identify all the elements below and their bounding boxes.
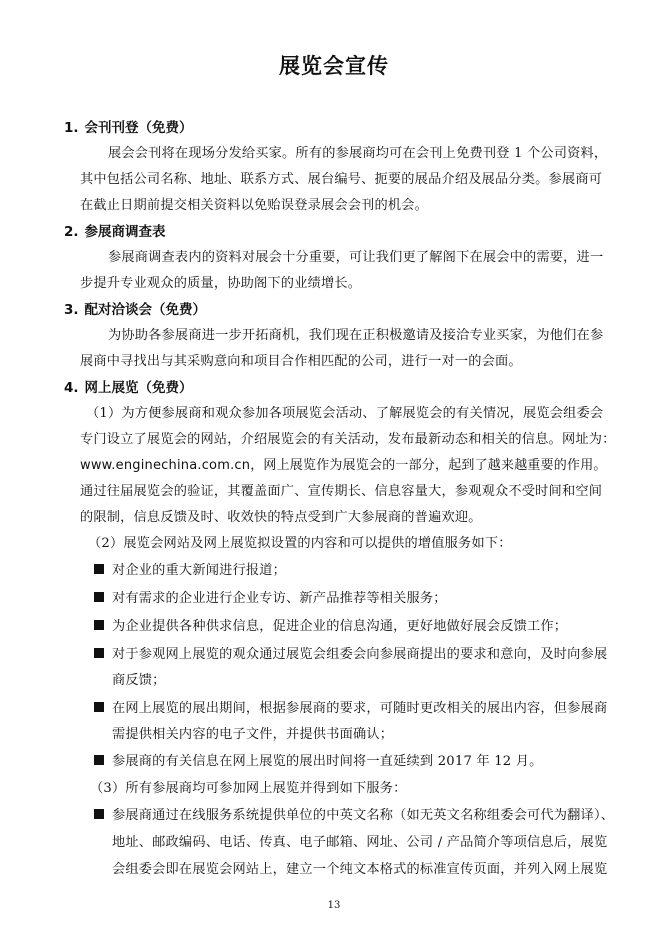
- section-1-heading: 1.会刊刊登（免费）: [64, 116, 193, 136]
- bullet-item: 对有需求的企业进行企业专访、新产品推荐等相关服务；: [112, 587, 447, 606]
- subsection-intro: （2）展览会网站及网上展览拟设置的内容和可以提供的增值服务如下：: [88, 532, 512, 551]
- square-bullet-icon: [94, 755, 104, 765]
- section-3-heading: 3.配对洽谈会（免费）: [64, 298, 206, 318]
- paragraph-line: 步提升专业观众的质量，协助阁下的业绩增长。: [80, 272, 361, 291]
- section-number: 2.: [64, 224, 79, 240]
- bullet-item: 对于参观网上展览的观众通过展览会组委会向参展商提出的要求和意向，及时向参展: [112, 643, 607, 662]
- paragraph-line: 为协助各参展商进一步开拓商机，我们现在正积极邀请及接洽专业买家，为他们在参: [108, 324, 603, 343]
- square-bullet-icon: [94, 809, 104, 819]
- square-bullet-icon: [94, 620, 104, 630]
- bullet-item-continuation: 商反馈；: [112, 669, 166, 688]
- paragraph-line: 其中包括公司名称、地址、联系方式、展台编号、扼要的展品介绍及展品分类。参展商可: [80, 168, 602, 187]
- paragraph-line: 展会会刊将在现场分发给买家。所有的参展商均可在会刊上免费刊登 1 个公司资料，: [108, 142, 607, 161]
- bullet-item: 参展商通过在线服务系统提供单位的中英文名称（如无英文名称组委会可代为翻译）、: [112, 804, 614, 823]
- bullet-item: 为企业提供各种供求信息，促进企业的信息沟通，更好地做好展会反馈工作；: [112, 615, 567, 634]
- paragraph-line-url: www.enginechina.com.cn，网上展览作为展览会的一部分，起到了…: [80, 454, 607, 473]
- square-bullet-icon: [94, 648, 104, 658]
- section-number: 1.: [64, 120, 79, 136]
- section-number: 3.: [64, 302, 79, 318]
- section-4-heading: 4.网上展览（免费）: [64, 376, 193, 396]
- subsection-intro: （3）所有参展商均可参加网上展览并得到如下服务：: [90, 777, 407, 796]
- page-number: 13: [0, 900, 668, 911]
- document-page: 展览会宣传 1.会刊刊登（免费） 展会会刊将在现场分发给买家。所有的参展商均可在…: [0, 0, 668, 946]
- bullet-item-continuation: 会组委会即在展览会网站上，建立一个纯文本格式的标准宣传页面，并列入网上展览: [112, 858, 607, 877]
- paragraph-line: 展商中寻找出与其采购意向和项目合作相匹配的公司，进行一对一的会面。: [80, 350, 522, 369]
- section-title: 会刊刊登（免费）: [85, 120, 193, 136]
- section-number: 4.: [64, 380, 79, 396]
- bullet-item-continuation: 需提供相关内容的电子文件，并提供书面确认；: [112, 723, 393, 742]
- bullet-item: 对企业的重大新闻进行报道；: [112, 559, 286, 578]
- paragraph-line: 的限制，信息反馈及时、收效快的特点受到广大参展商的普遍欢迎。: [80, 506, 482, 525]
- section-title: 参展商调查表: [85, 224, 166, 240]
- bullet-item-continuation: 地址、邮政编码、电话、传真、电子邮箱、网址、公司 / 产品简介等项信息后，展览: [112, 831, 607, 850]
- paragraph-line: （1）为方便参展商和观众参加各项展览会活动、了解展览会的有关情况，展览会组委会: [86, 402, 603, 421]
- section-title: 网上展览（免费）: [85, 380, 193, 396]
- paragraph-line: 专门设立了展览会的网站，介绍展览会的有关活动，发布最新动态和相关的信息。网址为：: [80, 428, 616, 447]
- paragraph-line: 参展商调查表内的资料对展会十分重要，可让我们更了解阁下在展会中的需要，进一: [108, 246, 603, 265]
- paragraph-line: 通过往届展览会的验证，其覆盖面广、宣传期长、信息容量大，参观观众不受时间和空间: [80, 480, 602, 499]
- square-bullet-icon: [94, 564, 104, 574]
- square-bullet-icon: [94, 592, 104, 602]
- page-title: 展览会宣传: [0, 50, 668, 80]
- section-2-heading: 2.参展商调查表: [64, 220, 166, 240]
- bullet-item: 在网上展览的展出期间，根据参展商的要求，可随时更改相关的展出内容，但参展商: [112, 697, 607, 716]
- bullet-item: 参展商的有关信息在网上展览的展出时间将一直延续到 2017 年 12 月。: [112, 750, 543, 769]
- square-bullet-icon: [94, 702, 104, 712]
- section-title: 配对洽谈会（免费）: [85, 302, 207, 318]
- paragraph-line: 在截止日期前提交相关资料以免贻误登录展会会刊的机会。: [80, 194, 428, 213]
